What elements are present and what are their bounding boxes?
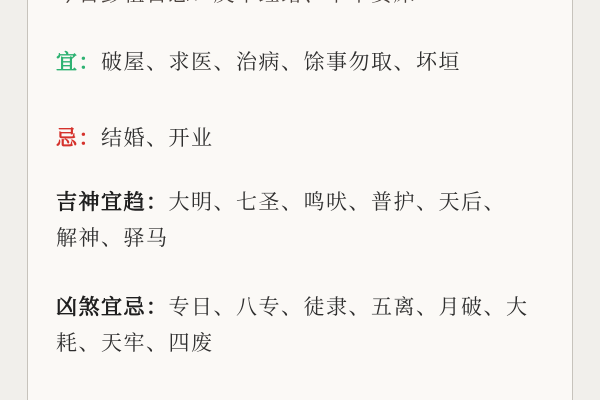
- avoid-label: 忌：: [56, 127, 101, 150]
- almanac-content-card: 今日彭祖百忌：庚不经络、申不安床 宜：破屋、求医、治病、馀事勿取、坏垣 忌：结婚…: [27, 0, 573, 400]
- avoid-items: 结婚、开业: [101, 127, 214, 150]
- lucky-gods-row: 吉神宜趋：大明、七圣、鸣吠、普护、天后、 解神、驿马: [56, 185, 544, 257]
- avoid-row: 忌：结婚、开业: [56, 124, 544, 154]
- clipped-top-line-text: 今日彭祖百忌：庚不经络、申不安床: [56, 0, 544, 8]
- clipped-top-line: 今日彭祖百忌：庚不经络、申不安床: [56, 0, 544, 8]
- suitable-row: 宜：破屋、求医、治病、馀事勿取、坏垣: [56, 48, 544, 78]
- lucky-gods-label: 吉神宜趋：: [56, 191, 169, 214]
- suitable-label: 宜：: [56, 51, 101, 74]
- evil-gods-label: 凶煞宜忌：: [56, 296, 169, 319]
- evil-gods-row: 凶煞宜忌：专日、八专、徒隶、五离、月破、大 耗、天牢、四废: [56, 290, 544, 362]
- almanac-page: 今日彭祖百忌：庚不经络、申不安床 宜：破屋、求医、治病、馀事勿取、坏垣 忌：结婚…: [0, 0, 600, 400]
- suitable-items: 破屋、求医、治病、馀事勿取、坏垣: [101, 51, 461, 74]
